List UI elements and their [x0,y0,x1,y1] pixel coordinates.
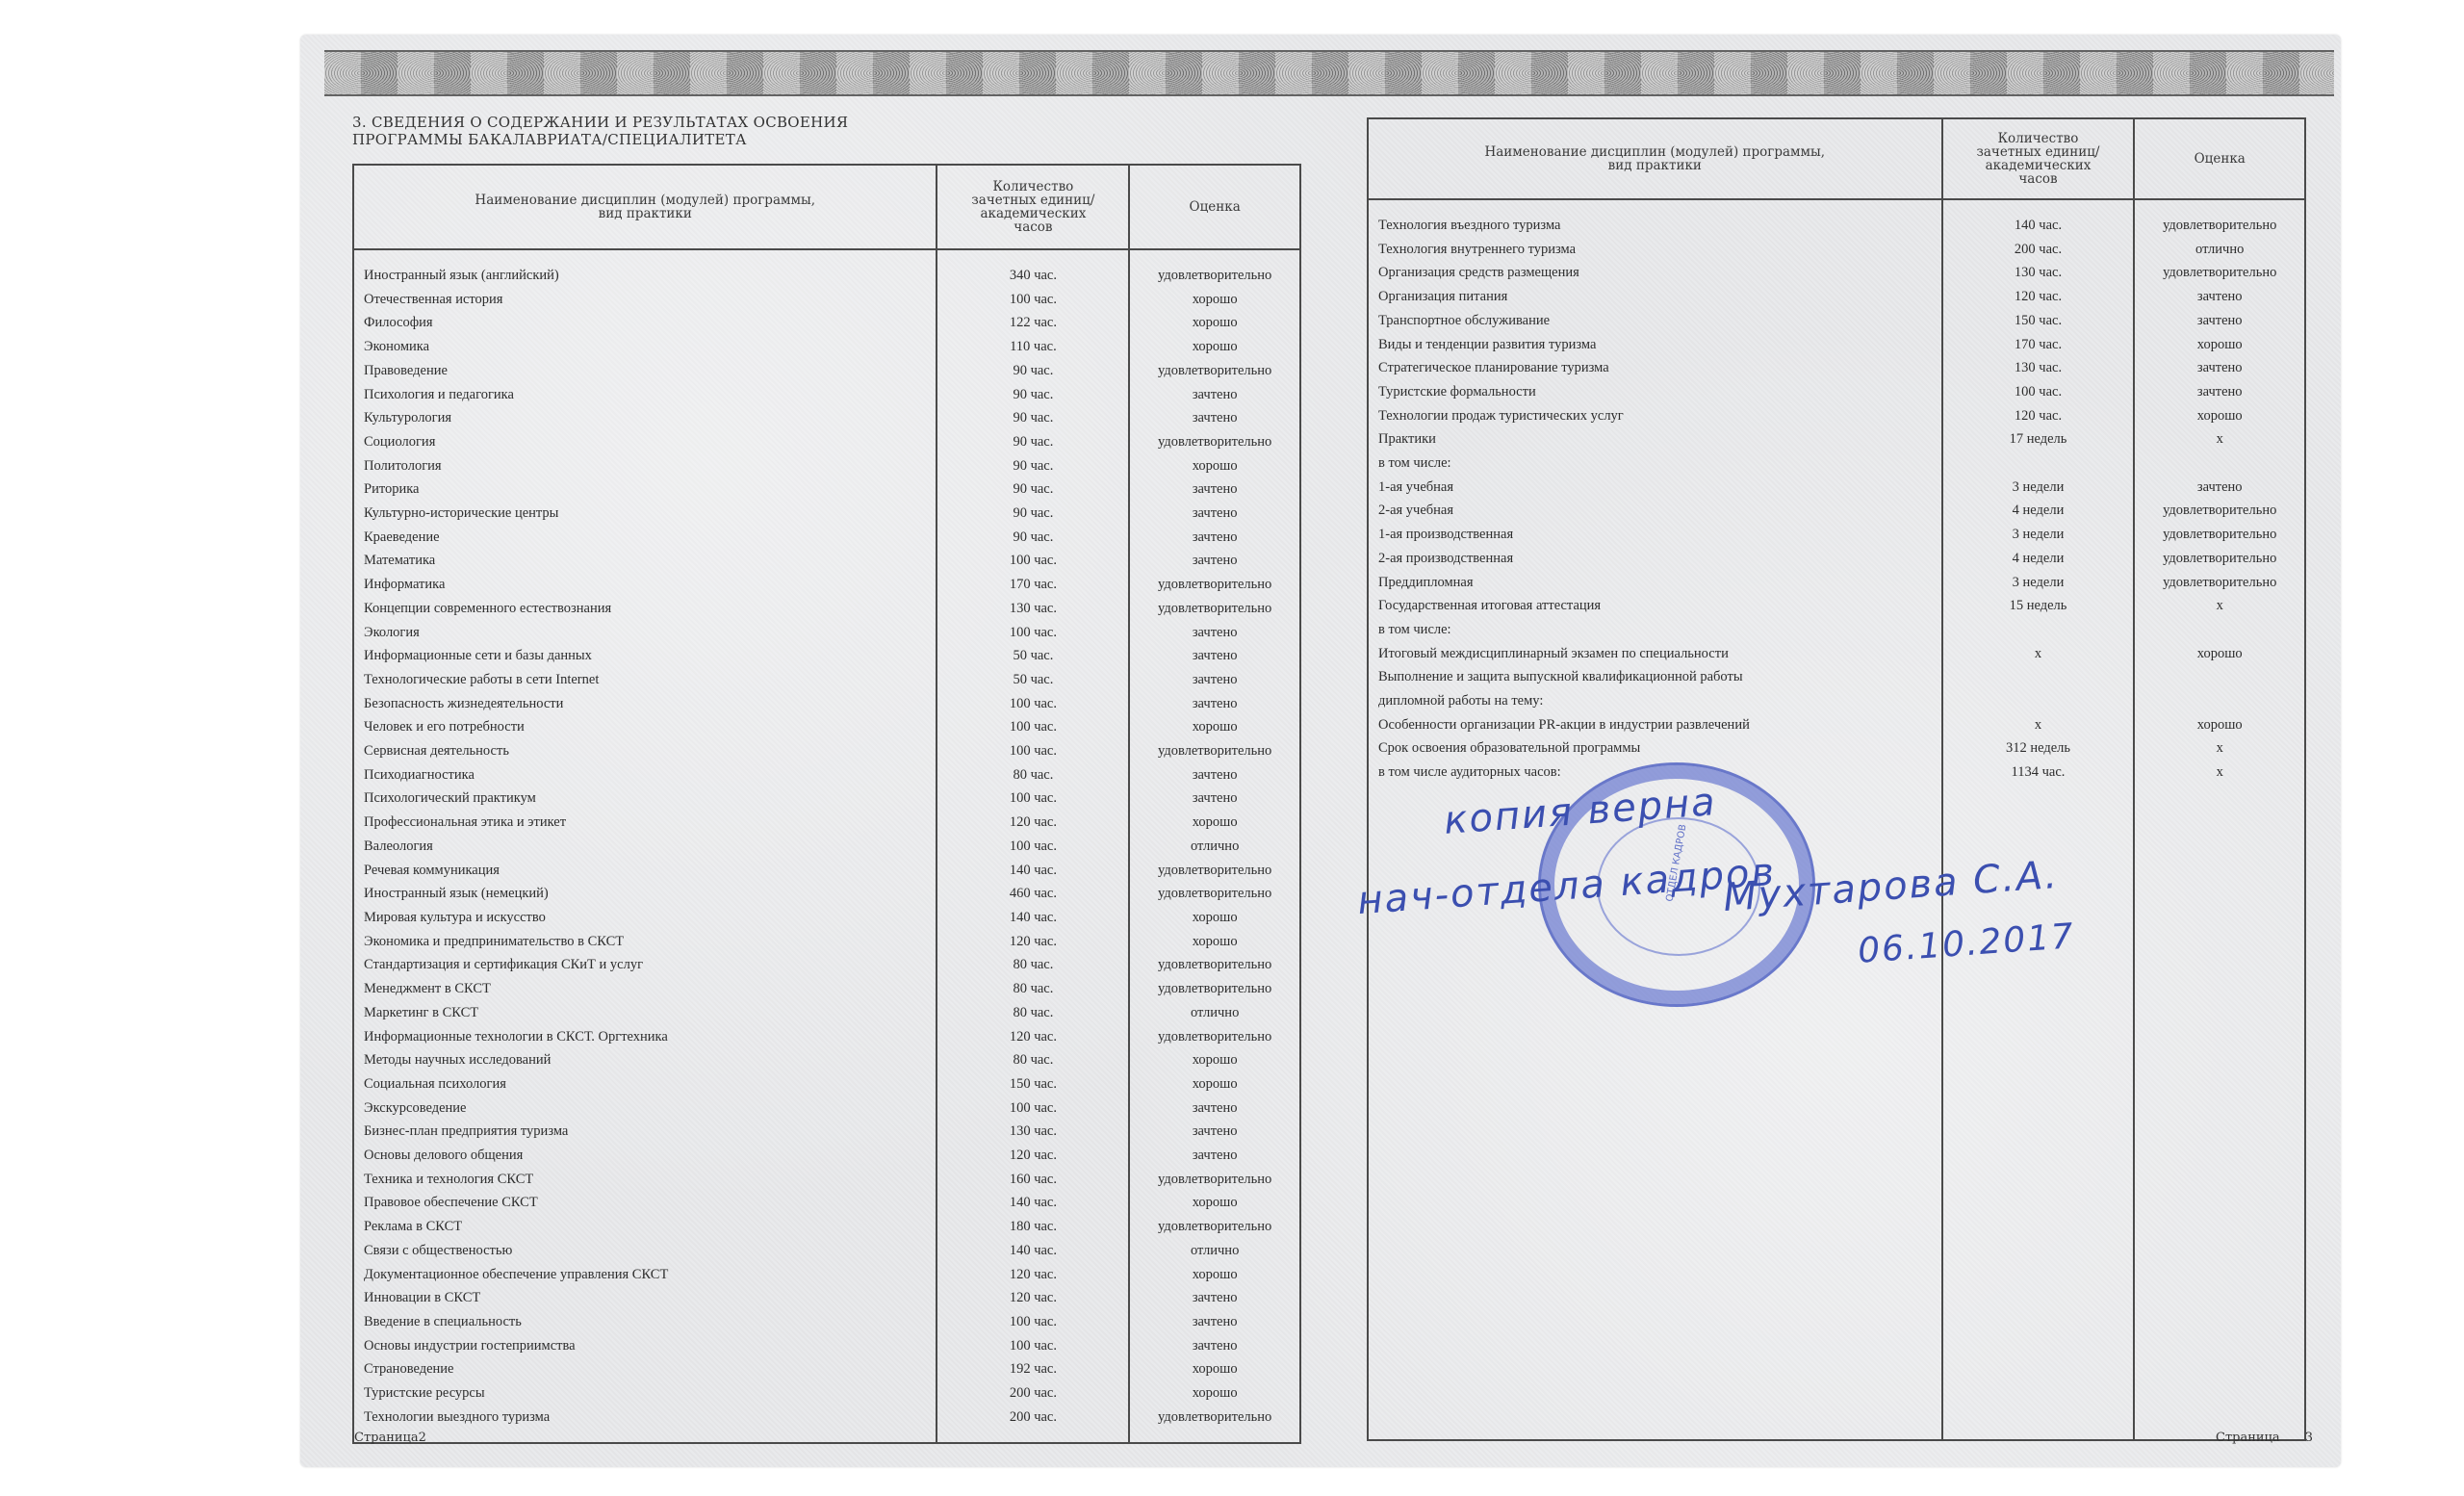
cell-grade: зачтено [1129,1310,1300,1334]
cell-grade [2134,665,2305,689]
cell-hours: 17 недель [1942,427,2135,451]
table-row: Иностранный язык (немецкий)460 час.удовл… [353,882,1300,906]
cell-hours: 100 час. [1942,380,2135,404]
blank-row [1368,1045,2305,1070]
table-row: Технологии выездного туризма200 час.удов… [353,1406,1300,1430]
cell-hours: 90 час. [937,383,1129,407]
cell-hours: 90 час. [937,406,1129,430]
cell-grade: хорошо [2134,713,2305,737]
cell-name: Психология и педагогика [353,383,937,407]
cell-grade [2134,451,2305,476]
cell-name: Организация средств размещения [1368,261,1942,285]
table-row: Организация средств размещения130 час.уд… [1368,261,2305,285]
cell-name: Экономика [353,335,937,359]
table-row: Менеджмент в СКСТ80 час.удовлетворительн… [353,977,1300,1001]
cell-grade: удовлетворительно [1129,882,1300,906]
cell-grade: зачтено [2134,309,2305,333]
table-row: Срок освоения образовательной программы3… [1368,736,2305,761]
cell-hours: 120 час. [937,930,1129,954]
table-row: в том числе аудиторных часов:1134 час.x [1368,761,2305,785]
blank-row [1368,1141,2305,1165]
column-header-hours: Количество зачетных единиц/ академически… [937,165,1129,249]
cell-hours: 130 час. [1942,261,2135,285]
table-row: Психодиагностика80 час.зачтено [353,763,1300,787]
cell-grade: зачтено [1129,383,1300,407]
cell-grade: хорошо [1129,1048,1300,1072]
cell-grade: удовлетворительно [1129,1168,1300,1192]
cell-name: Государственная итоговая аттестация [1368,594,1942,618]
table-row: Техника и технология СКСТ160 час.удовлет… [353,1168,1300,1192]
cell-name: Методы научных исследований [353,1048,937,1072]
table-row: Сервисная деятельность100 час.удовлетвор… [353,739,1300,763]
section-title-line-2: ПРОГРАММЫ БАКАЛАВРИАТА/СПЕЦИАЛИТЕТА [352,131,1026,148]
cell-name: Технологии выездного туризма [353,1406,937,1430]
cell-name: Информатика [353,573,937,597]
blank-row [1368,1403,2305,1427]
cell-grade: зачтено [1129,406,1300,430]
cell-hours: 130 час. [937,1120,1129,1144]
table-row: Введение в специальность100 час.зачтено [353,1310,1300,1334]
table-bottom-border [1368,1426,2305,1440]
cell-grade: хорошо [2134,333,2305,357]
cell-grade: хорошо [1129,1191,1300,1215]
cell-hours: 122 час. [937,311,1129,335]
cell-grade: зачтено [1129,787,1300,811]
cell-hours: 100 час. [937,288,1129,312]
table-row: Практики17 недельx [1368,427,2305,451]
cell-grade: хорошо [1129,1381,1300,1406]
cell-hours [1942,665,2135,689]
cell-name: Информационные технологии в СКСТ. Оргтех… [353,1025,937,1049]
cell-grade [2134,689,2305,713]
cell-hours: 50 час. [937,644,1129,668]
blank-row [1368,974,2305,998]
cell-hours: 120 час. [1942,404,2135,428]
cell-name: Правовое обеспечение СКСТ [353,1191,937,1215]
cell-hours: 90 час. [937,454,1129,478]
table-row: 2-ая производственная4 неделиудовлетвори… [1368,547,2305,571]
cell-name: Краеведение [353,526,937,550]
cell-grade: хорошо [2134,642,2305,666]
cell-grade: удовлетворительно [1129,573,1300,597]
table-row: Правоведение90 час.удовлетворительно [353,359,1300,383]
cell-name: Иностранный язык (немецкий) [353,882,937,906]
cell-hours: 80 час. [937,1048,1129,1072]
table-row: Документационное обеспечение управления … [353,1263,1300,1287]
cell-name: Валеология [353,835,937,859]
table-row: 2-ая учебная4 неделиудовлетворительно [1368,499,2305,523]
cell-grade: удовлетворительно [1129,1215,1300,1239]
blank-row [1368,998,2305,1022]
cell-hours [1942,451,2135,476]
cell-hours: 1134 час. [1942,761,2135,785]
cell-name: Политология [353,454,937,478]
cell-name: Туристские ресурсы [353,1381,937,1406]
cell-grade: хорошо [1129,1357,1300,1381]
cell-name: Практики [1368,427,1942,451]
cell-name: Менеджмент в СКСТ [353,977,937,1001]
cell-hours: 100 час. [937,1310,1129,1334]
cell-hours: 90 час. [937,526,1129,550]
cell-hours [1942,618,2135,642]
cell-name: в том числе: [1368,618,1942,642]
cell-grade: удовлетворительно [1129,597,1300,621]
column-header-hours: Количество зачетных единиц/ академически… [1942,118,2135,199]
cell-hours: 100 час. [937,787,1129,811]
cell-grade: хорошо [1129,1263,1300,1287]
cell-hours: 200 час. [937,1381,1129,1406]
table-row: Валеология100 час.отлично [353,835,1300,859]
cell-name: Итоговый междисциплинарный экзамен по сп… [1368,642,1942,666]
cell-grade: зачтено [2134,356,2305,380]
table-row: Психологический практикум100 час.зачтено [353,787,1300,811]
cell-name: Отечественная история [353,288,937,312]
cell-name: 1-ая производственная [1368,523,1942,547]
cell-grade: удовлетворительно [1129,977,1300,1001]
blank-row [1368,1094,2305,1118]
cell-grade: удовлетворительно [1129,859,1300,883]
table-row: Виды и тенденции развития туризма170 час… [1368,333,2305,357]
table-row: Риторика90 час.зачтено [353,477,1300,502]
cell-grade: удовлетворительно [1129,430,1300,454]
column-header-grade: Оценка [2134,118,2305,199]
cell-grade: хорошо [1129,906,1300,930]
table-row: Культурно-исторические центры90 час.зачт… [353,502,1300,526]
cell-hours: 4 недели [1942,499,2135,523]
table-row: Безопасность жизнедеятельности100 час.за… [353,692,1300,716]
cell-name: Инновации в СКСТ [353,1286,937,1310]
column-header-name: Наименование дисциплин (модулей) програм… [353,165,937,249]
blank-row [1368,1022,2305,1046]
cell-name: Информационные сети и базы данных [353,644,937,668]
cell-grade: удовлетворительно [2134,214,2305,238]
cell-name: Выполнение и защита выпускной квалификац… [1368,665,1942,689]
table-row: Связи с общественостью140 час.отлично [353,1239,1300,1263]
cell-hours: x [1942,642,2135,666]
cell-hours: 200 час. [937,1406,1129,1430]
table-row: Профессиональная этика и этикет120 час.х… [353,811,1300,835]
table-row: в том числе: [1368,451,2305,476]
spacer-row [1368,199,2305,214]
cell-grade: удовлетворительно [1129,359,1300,383]
cell-grade: зачтено [1129,526,1300,550]
cell-name: Особенности организации PR-акции в индус… [1368,713,1942,737]
cell-name: Психологический практикум [353,787,937,811]
cell-name: Технология въездного туризма [1368,214,1942,238]
cell-name: Сервисная деятельность [353,739,937,763]
cell-hours: 140 час. [1942,214,2135,238]
table-row: Информатика170 час.удовлетворительно [353,573,1300,597]
cell-hours: 100 час. [937,835,1129,859]
cell-hours: 140 час. [937,906,1129,930]
table-row: Основы индустрии гостеприимства100 час.з… [353,1334,1300,1358]
cell-grade: зачтено [1129,549,1300,573]
blank-row [1368,1379,2305,1403]
cell-name: Экономика и предпринимательство в СКСТ [353,930,937,954]
table-row: Человек и его потребности100 час.хорошо [353,715,1300,739]
cell-grade: хорошо [1129,930,1300,954]
blank-row [1368,1212,2305,1236]
cell-grade: удовлетворительно [1129,739,1300,763]
right-page-label: Страница 3 [2216,1431,2313,1445]
cell-name: Основы делового общения [353,1144,937,1168]
table-row: Основы делового общения120 час.зачтено [353,1144,1300,1168]
cell-name: 1-ая учебная [1368,476,1942,500]
cell-grade: зачтено [1129,763,1300,787]
cell-hours: 100 час. [937,549,1129,573]
cell-hours: 80 час. [937,763,1129,787]
cell-name: Реклама в СКСТ [353,1215,937,1239]
table-bottom-border [353,1429,1300,1443]
cell-hours: 140 час. [937,1191,1129,1215]
cell-grade: x [2134,427,2305,451]
table-row: Бизнес-план предприятия туризма130 час.з… [353,1120,1300,1144]
cell-hours: 460 час. [937,882,1129,906]
right-page-number: 3 [2305,1431,2313,1445]
cell-grade: хорошо [1129,1072,1300,1096]
cell-hours: 120 час. [1942,285,2135,309]
cell-name: Иностранный язык (английский) [353,264,937,288]
table-row: 1-ая производственная3 неделиудовлетвори… [1368,523,2305,547]
cell-hours: 170 час. [937,573,1129,597]
table-row: Экономика110 час.хорошо [353,335,1300,359]
blank-row [1368,1331,2305,1355]
table-row: Страноведение192 час.хорошо [353,1357,1300,1381]
table-row: Речевая коммуникация140 час.удовлетворит… [353,859,1300,883]
blank-row [1368,1189,2305,1213]
cell-hours: 15 недель [1942,594,2135,618]
cell-name: Технология внутреннего туризма [1368,238,1942,262]
cell-grade: удовлетворительно [2134,547,2305,571]
table-row: Организация питания120 час.зачтено [1368,285,2305,309]
cell-hours: 200 час. [1942,238,2135,262]
table-row: Преддипломная3 неделиудовлетворительно [1368,571,2305,595]
cell-hours: 3 недели [1942,476,2135,500]
table-row: в том числе: [1368,618,2305,642]
table-row: Политология90 час.хорошо [353,454,1300,478]
table-row: Экология100 час.зачтено [353,621,1300,645]
cell-grade: зачтено [1129,668,1300,692]
cell-name: Профессиональная этика и этикет [353,811,937,835]
cell-grade: отлично [1129,1001,1300,1025]
cell-name: Технологии продаж туристических услуг [1368,404,1942,428]
cell-name: Культурология [353,406,937,430]
table-row: Концепции современного естествознания130… [353,597,1300,621]
cell-grade: удовлетворительно [2134,261,2305,285]
cell-grade: хорошо [2134,404,2305,428]
table-row: Правовое обеспечение СКСТ140 час.хорошо [353,1191,1300,1215]
table-row: Методы научных исследований80 час.хорошо [353,1048,1300,1072]
right-grades-table: Наименование дисциплин (модулей) програм… [1367,117,2306,1441]
table-row: Туристские формальности100 час.зачтено [1368,380,2305,404]
cell-grade: зачтено [1129,1120,1300,1144]
cell-name: Туристские формальности [1368,380,1942,404]
cell-hours: 120 час. [937,1025,1129,1049]
cell-grade: удовлетворительно [2134,499,2305,523]
cell-name: Транспортное обслуживание [1368,309,1942,333]
cell-hours [1942,689,2135,713]
blank-row [1368,1283,2305,1307]
cell-hours: 120 час. [937,811,1129,835]
cell-name: Технологические работы в сети Internet [353,668,937,692]
cell-name: Философия [353,311,937,335]
cell-grade: хорошо [1129,454,1300,478]
blank-row [1368,1236,2305,1260]
cell-name: Виды и тенденции развития туризма [1368,333,1942,357]
cell-hours: 4 недели [1942,547,2135,571]
cell-hours: 120 час. [937,1144,1129,1168]
cell-hours: 150 час. [1942,309,2135,333]
cell-name: Концепции современного естествознания [353,597,937,621]
table-row: Технологические работы в сети Internet50… [353,668,1300,692]
table-row: Стандартизация и сертификация СКиТ и усл… [353,953,1300,977]
cell-name: Преддипломная [1368,571,1942,595]
cell-grade: зачтено [1129,692,1300,716]
cell-grade: хорошо [1129,335,1300,359]
cell-hours: 90 час. [937,359,1129,383]
left-grades-table: Наименование дисциплин (модулей) програм… [352,164,1301,1444]
cell-name: Мировая культура и искусство [353,906,937,930]
cell-hours: 100 час. [937,621,1129,645]
cell-name: Правоведение [353,359,937,383]
blank-row [1368,1307,2305,1331]
cell-hours: 120 час. [937,1286,1129,1310]
cell-hours: 3 недели [1942,571,2135,595]
table-row: Итоговый междисциплинарный экзамен по сп… [1368,642,2305,666]
cell-grade: зачтено [2134,476,2305,500]
cell-name: Экология [353,621,937,645]
cell-grade: зачтено [1129,1286,1300,1310]
spacer-row [353,249,1300,264]
cell-grade: удовлетворительно [1129,1406,1300,1430]
table-row: Психология и педагогика90 час.зачтено [353,383,1300,407]
table-row: Иностранный язык (английский)340 час.удо… [353,264,1300,288]
cell-name: Стандартизация и сертификация СКиТ и усл… [353,953,937,977]
cell-hours: 90 час. [937,502,1129,526]
cell-name: Основы индустрии гостеприимства [353,1334,937,1358]
cell-grade: зачтено [1129,1144,1300,1168]
table-row: Социальная психология150 час.хорошо [353,1072,1300,1096]
table-row: Информационные технологии в СКСТ. Оргтех… [353,1025,1300,1049]
cell-hours: 80 час. [937,1001,1129,1025]
cell-hours: 180 час. [937,1215,1129,1239]
cell-grade: x [2134,594,2305,618]
cell-hours: 3 недели [1942,523,2135,547]
cell-hours: 130 час. [1942,356,2135,380]
cell-hours: 140 час. [937,859,1129,883]
cell-hours: 50 час. [937,668,1129,692]
cell-hours: 80 час. [937,953,1129,977]
cell-hours: 100 час. [937,739,1129,763]
table-row: Транспортное обслуживание150 час.зачтено [1368,309,2305,333]
cell-grade: зачтено [2134,380,2305,404]
cell-hours: 312 недель [1942,736,2135,761]
cell-name: Организация питания [1368,285,1942,309]
cell-name: Психодиагностика [353,763,937,787]
blank-row [1368,927,2305,951]
cell-grade: зачтено [1129,502,1300,526]
cell-hours: 130 час. [937,597,1129,621]
cell-grade: хорошо [1129,811,1300,835]
blank-row [1368,1354,2305,1379]
table-row: Туристские ресурсы200 час.хорошо [353,1381,1300,1406]
table-row: Особенности организации PR-акции в индус… [1368,713,2305,737]
table-row: Культурология90 час.зачтено [353,406,1300,430]
cell-grade: зачтено [1129,477,1300,502]
cell-grade: хорошо [1129,311,1300,335]
table-row: Философия122 час.хорошо [353,311,1300,335]
cell-name: в том числе: [1368,451,1942,476]
column-header-grade: Оценка [1129,165,1300,249]
table-row: Социология90 час.удовлетворительно [353,430,1300,454]
cell-hours: 160 час. [937,1168,1129,1192]
section-title: 3. СВЕДЕНИЯ О СОДЕРЖАНИИ И РЕЗУЛЬТАТАХ О… [352,114,1026,148]
cell-hours: x [1942,713,2135,737]
cell-grade: хорошо [1129,288,1300,312]
section-title-line-1: 3. СВЕДЕНИЯ О СОДЕРЖАНИИ И РЕЗУЛЬТАТАХ О… [352,114,1026,131]
cell-hours: 100 час. [937,692,1129,716]
cell-name: 2-ая учебная [1368,499,1942,523]
cell-name: дипломной работы на тему: [1368,689,1942,713]
cell-grade: x [2134,736,2305,761]
table-row: Государственная итоговая аттестация15 не… [1368,594,2305,618]
cell-grade: удовлетворительно [2134,571,2305,595]
table-row: Выполнение и защита выпускной квалификац… [1368,665,2305,689]
cell-name: Техника и технология СКСТ [353,1168,937,1192]
table-row: Технология внутреннего туризма200 час.от… [1368,238,2305,262]
cell-name: Документационное обеспечение управления … [353,1263,937,1287]
blank-row [1368,951,2305,975]
table-row: Технология въездного туризма140 час.удов… [1368,214,2305,238]
cell-grade: зачтено [1129,1096,1300,1121]
table-row: Инновации в СКСТ120 час.зачтено [353,1286,1300,1310]
cell-grade: хорошо [1129,715,1300,739]
left-table-body: Иностранный язык (английский)340 час.удо… [353,249,1300,1443]
cell-grade: отлично [1129,1239,1300,1263]
column-header-name: Наименование дисциплин (модулей) програм… [1368,118,1942,199]
table-row: Стратегическое планирование туризма130 ч… [1368,356,2305,380]
cell-hours: 80 час. [937,977,1129,1001]
blank-row [1368,1118,2305,1142]
table-row: Математика100 час.зачтено [353,549,1300,573]
cell-name: Маркетинг в СКСТ [353,1001,937,1025]
cell-name: Речевая коммуникация [353,859,937,883]
cell-grade: зачтено [1129,1334,1300,1358]
table-row: дипломной работы на тему: [1368,689,2305,713]
cell-name: Бизнес-план предприятия туризма [353,1120,937,1144]
table-row: Краеведение90 час.зачтено [353,526,1300,550]
table-row: 1-ая учебная3 неделизачтено [1368,476,2305,500]
cell-hours: 100 час. [937,1334,1129,1358]
cell-hours: 110 час. [937,335,1129,359]
cell-hours: 192 час. [937,1357,1129,1381]
cell-name: Экскурсоведение [353,1096,937,1121]
table-row: Мировая культура и искусство140 час.хоро… [353,906,1300,930]
cell-hours: 170 час. [1942,333,2135,357]
cell-grade: отлично [1129,835,1300,859]
cell-name: Связи с общественостью [353,1239,937,1263]
cell-name: Культурно-исторические центры [353,502,937,526]
cell-hours: 90 час. [937,430,1129,454]
cell-grade: зачтено [1129,644,1300,668]
cell-grade: зачтено [1129,621,1300,645]
blank-row [1368,1165,2305,1189]
cell-hours: 100 час. [937,715,1129,739]
cell-name: Страноведение [353,1357,937,1381]
cell-name: Срок освоения образовательной программы [1368,736,1942,761]
cell-name: Стратегическое планирование туризма [1368,356,1942,380]
cell-hours: 140 час. [937,1239,1129,1263]
